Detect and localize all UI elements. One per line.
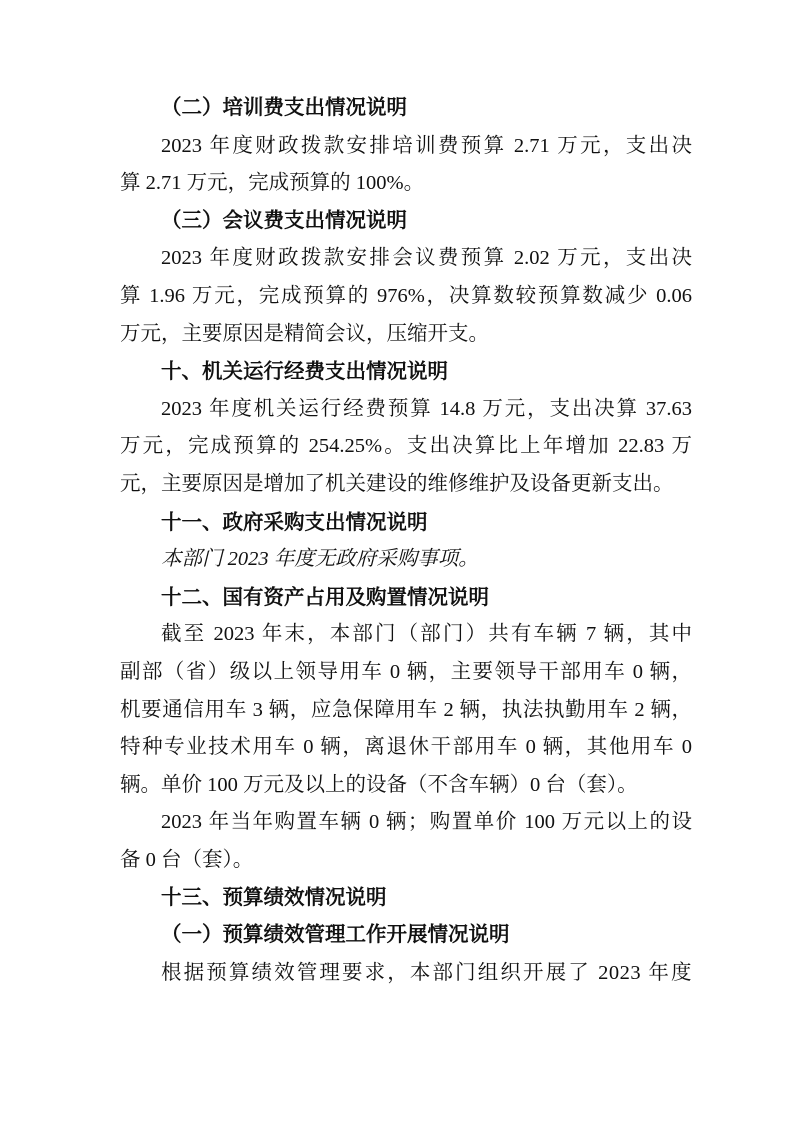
heading-meeting-fee: （三）会议费支出情况说明 <box>120 203 692 241</box>
text-line: 2023 年度机关运行经费预算 14.8 万元，支出决算 37.63 <box>120 391 692 429</box>
heading-training-fee: （二）培训费支出情况说明 <box>120 90 692 128</box>
heading-state-assets: 十二、国有资产占用及购置情况说明 <box>120 579 692 617</box>
heading-budget-performance: 十三、预算绩效情况说明 <box>120 879 692 917</box>
text-line: 2023 年度财政拨款安排会议费预算 2.02 万元，支出决 <box>120 240 692 278</box>
text-line: 副部（省）级以上领导用车 0 辆，主要领导干部用车 0 辆， <box>120 654 692 692</box>
text-line: 机要通信用车 3 辆，应急保障用车 2 辆，执法执勤用车 2 辆， <box>120 692 692 730</box>
text-line: 2023 年当年购置车辆 0 辆；购置单价 100 万元以上的设 <box>120 804 692 842</box>
heading-performance-management: （一）预算绩效管理工作开展情况说明 <box>120 917 692 955</box>
text-line: 特种专业技术用车 0 辆，离退休干部用车 0 辆，其他用车 0 <box>120 729 692 767</box>
heading-gov-procurement: 十一、政府采购支出情况说明 <box>120 504 692 542</box>
text-line: 本部门 2023 年度无政府采购事项。 <box>120 541 692 579</box>
text-line: 备 0 台（套）。 <box>120 842 692 880</box>
document-page: （二）培训费支出情况说明 2023 年度财政拨款安排培训费预算 2.71 万元，… <box>0 0 793 1122</box>
text-line: 算 1.96 万元，完成预算的 976%，决算数较预算数减少 0.06 <box>120 278 692 316</box>
text-line: 万元，完成预算的 254.25%。支出决算比上年增加 22.83 万 <box>120 428 692 466</box>
document-body: （二）培训费支出情况说明 2023 年度财政拨款安排培训费预算 2.71 万元，… <box>120 90 692 992</box>
text-line: 元，主要原因是增加了机关建设的维修维护及设备更新支出。 <box>120 466 692 504</box>
text-line: 万元，主要原因是精简会议，压缩开支。 <box>120 316 692 354</box>
text-line: 算 2.71 万元，完成预算的 100%。 <box>120 165 692 203</box>
heading-operating-expenses: 十、机关运行经费支出情况说明 <box>120 353 692 391</box>
text-line: 根据预算绩效管理要求，本部门组织开展了 2023 年度 <box>120 955 692 993</box>
text-line: 辆。单价 100 万元及以上的设备（不含车辆）0 台（套）。 <box>120 767 692 805</box>
text-line: 截至 2023 年末，本部门（部门）共有车辆 7 辆，其中 <box>120 616 692 654</box>
text-line: 2023 年度财政拨款安排培训费预算 2.71 万元，支出决 <box>120 128 692 166</box>
